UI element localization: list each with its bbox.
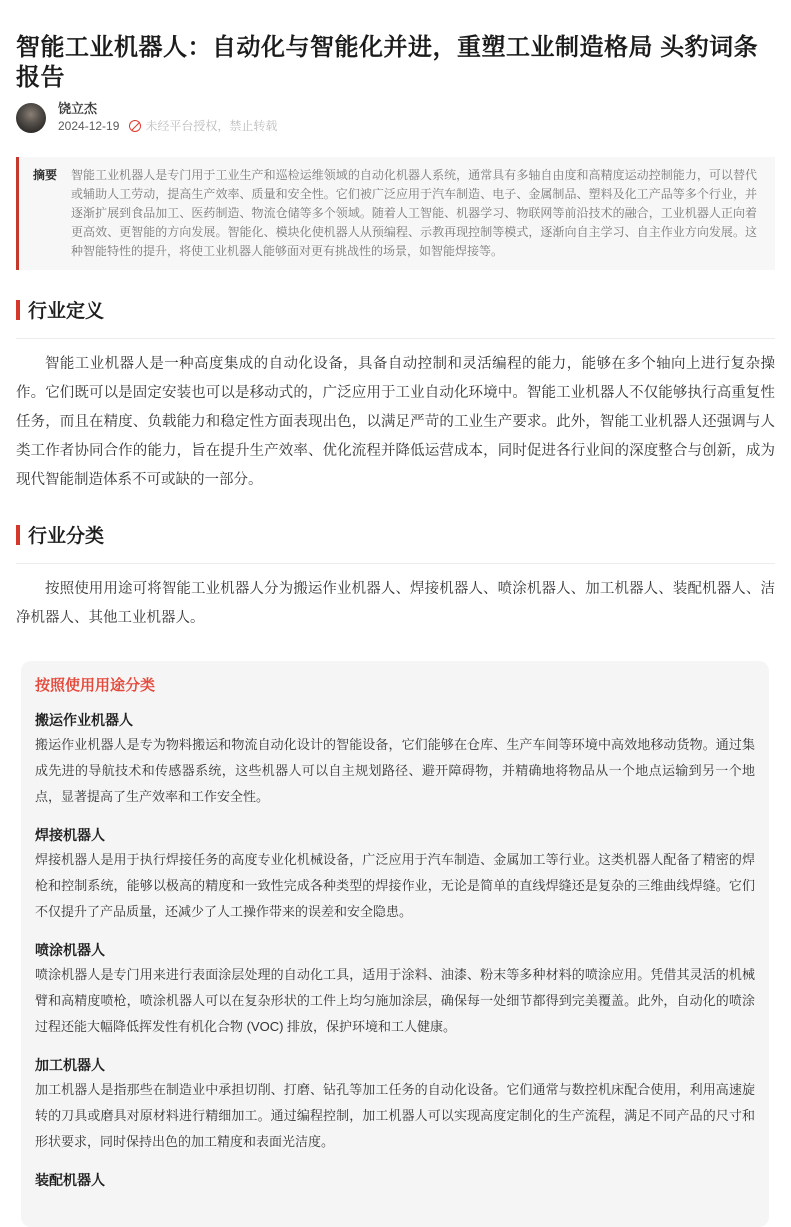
author-name[interactable]: 饶立杰 [58,102,277,116]
classification-item: 装配机器人 [35,1171,755,1189]
classification-item-name: 焊接机器人 [35,826,755,844]
publish-date-row: 2024-12-19 未经平台授权，禁止转载 [58,119,277,133]
classification-item-description: 搬运作业机器人是专为物料搬运和物流自动化设计的智能设备，它们能够在仓库、生产车间… [35,732,755,810]
author-avatar[interactable] [16,103,46,133]
author-meta: 饶立杰 2024-12-19 未经平台授权，禁止转载 [58,102,277,133]
no-reprint-icon [129,120,141,132]
section-heading-text: 行业定义 [28,296,104,323]
classification-box: 按照使用用途分类 搬运作业机器人 搬运作业机器人是专为物料搬运和物流自动化设计的… [21,661,769,1227]
classification-item-name: 喷涂机器人 [35,941,755,959]
classification-item-name: 搬运作业机器人 [35,711,755,729]
classification-item-description: 喷涂机器人是专门用来进行表面涂层处理的自动化工具，适用于涂料、油漆、粉末等多种材… [35,962,755,1040]
section-divider [16,338,775,339]
section-heading-industry-definition: 行业定义 [16,296,775,323]
classification-item: 搬运作业机器人 搬运作业机器人是专为物料搬运和物流自动化设计的智能设备，它们能够… [35,711,755,810]
section-heading-industry-classification: 行业分类 [16,521,775,548]
classification-item-description: 焊接机器人是用于执行焊接任务的高度专业化机械设备，广泛应用于汽车制造、金属加工等… [35,847,755,925]
author-row: 饶立杰 2024-12-19 未经平台授权，禁止转载 [16,102,775,133]
classification-item-name: 装配机器人 [35,1171,755,1189]
section-divider [16,563,775,564]
red-bar-icon [16,525,20,545]
classification-item: 喷涂机器人 喷涂机器人是专门用来进行表面涂层处理的自动化工具，适用于涂料、油漆、… [35,941,755,1040]
industry-definition-paragraph: 智能工业机器人是一种高度集成的自动化设备，具备自动控制和灵活编程的能力，能够在多… [16,350,775,495]
article-page: 智能工业机器人：自动化与智能化并进，重塑工业制造格局 头豹词条报告 饶立杰 20… [0,0,791,1227]
abstract-box: 摘要 智能工业机器人是专门用于工业生产和巡检运维领域的自动化机器人系统，通常具有… [16,157,775,270]
publish-date: 2024-12-19 [58,119,119,133]
classification-item: 焊接机器人 焊接机器人是用于执行焊接任务的高度专业化机械设备，广泛应用于汽车制造… [35,826,755,925]
section-heading-text: 行业分类 [28,521,104,548]
abstract-text: 智能工业机器人是专门用于工业生产和巡检运维领域的自动化机器人系统，通常具有多轴自… [71,166,757,261]
page-title: 智能工业机器人：自动化与智能化并进，重塑工业制造格局 头豹词条报告 [16,0,775,93]
classification-box-title: 按照使用用途分类 [35,677,755,695]
copyright-notice-text: 未经平台授权，禁止转载 [145,119,277,133]
classification-item-name: 加工机器人 [35,1056,755,1074]
copyright-notice: 未经平台授权，禁止转载 [129,119,277,133]
red-bar-icon [16,300,20,320]
abstract-label: 摘要 [33,166,57,261]
classification-item-description: 加工机器人是指那些在制造业中承担切削、打磨、钻孔等加工任务的自动化设备。它们通常… [35,1077,755,1155]
classification-item: 加工机器人 加工机器人是指那些在制造业中承担切削、打磨、钻孔等加工任务的自动化设… [35,1056,755,1155]
industry-classification-paragraph: 按照使用用途可将智能工业机器人分为搬运作业机器人、焊接机器人、喷涂机器人、加工机… [16,575,775,633]
